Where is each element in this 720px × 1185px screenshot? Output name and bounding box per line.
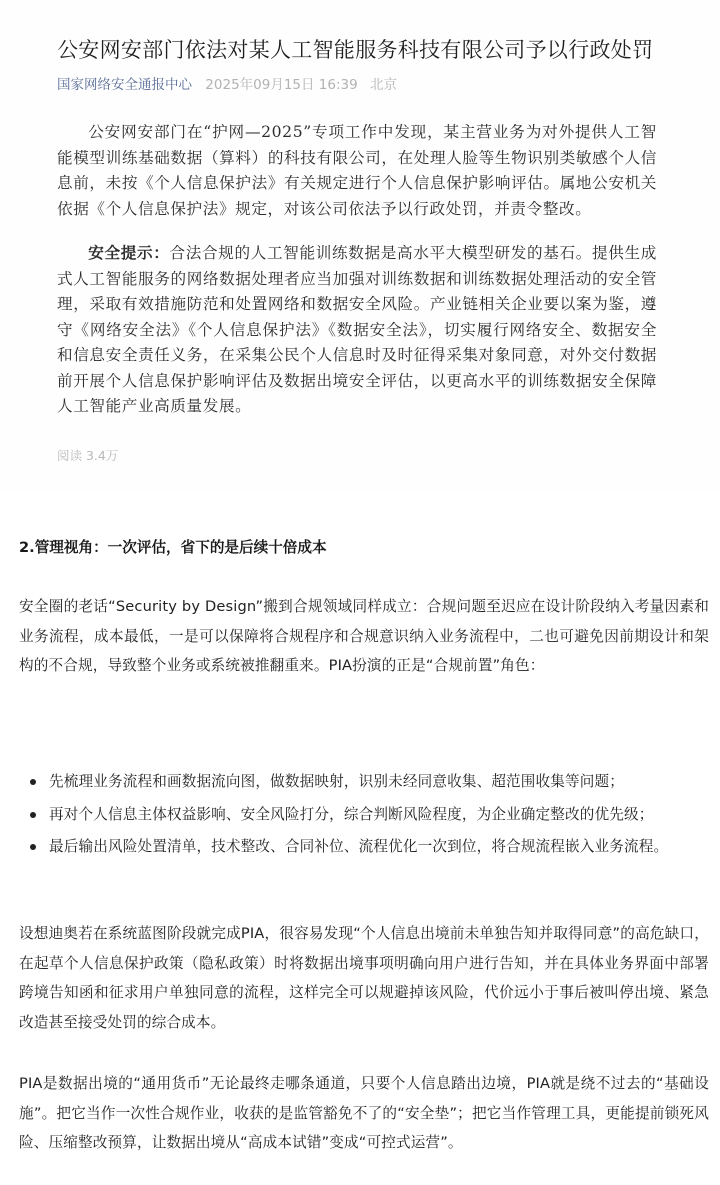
list-item: 最后输出风险处置清单，技术整改、合同补位、流程优化一次到位，将合规流程嵌入业务流… [19, 832, 709, 862]
bullet-icon [30, 812, 36, 818]
bullet-icon [30, 844, 36, 850]
news-title: 公安网安部门依法对某人工智能服务科技有限公司予以行政处罚 [57, 34, 653, 64]
news-date: 2025年09月15日 16:39 [205, 77, 357, 93]
bullet-icon [30, 779, 36, 785]
list-item-text: 最后输出风险处置清单，技术整改、合同补位、流程优化一次到位，将合规流程嵌入业务流… [49, 838, 668, 855]
read-count: 阅读 3.4万 [57, 446, 118, 464]
news-body: 公安网安部门在“护网—2025”专项工作中发现，某主营业务为对外提供人工智能模型… [57, 120, 657, 438]
security-tip-text: 合法合规的人工智能训练数据是高水平大模型研发的基石。提供生成式人工智能服务的网络… [57, 244, 657, 415]
list-item-text: 再对个人信息主体权益影响、安全风险打分，综合判断风险程度，为企业确定整改的优先级… [49, 806, 654, 823]
pia-steps-list: 先梳理业务流程和画数据流向图，做数据映射，识别未经同意收集、超范围收集等问题； … [19, 767, 709, 865]
paragraph-pia-currency: PIA是数据出境的“通用货币”无论最终走哪条通道，只要个人信息踏出边境，PIA就… [19, 1069, 709, 1158]
security-tip-label: 安全提示： [88, 243, 169, 262]
news-location: 北京 [370, 77, 397, 93]
security-tip-paragraph: 安全提示：合法合规的人工智能训练数据是高水平大模型研发的基石。提供生成式人工智能… [57, 240, 657, 420]
list-item: 再对个人信息主体权益影响、安全风险打分，综合判断风险程度，为企业确定整改的优先级… [19, 800, 709, 830]
list-item-text: 先梳理业务流程和画数据流向图，做数据映射，识别未经同意收集、超范围收集等问题； [49, 773, 624, 790]
news-meta: 国家网络安全通报中心 2025年09月15日 16:39 北京 [57, 73, 397, 93]
list-item: 先梳理业务流程和画数据流向图，做数据映射，识别未经同意收集、超范围收集等问题； [19, 767, 709, 797]
news-source-link[interactable]: 国家网络安全通报中心 [57, 77, 192, 93]
paragraph-dior-example: 设想迪奥若在系统蓝图阶段就完成PIA，很容易发现“个人信息出境前未单独告知并取得… [19, 919, 709, 1037]
section-heading: 2.管理视角：一次评估，省下的是后续十倍成本 [19, 536, 327, 557]
embedded-news-screenshot: 公安网安部门依法对某人工智能服务科技有限公司予以行政处罚 国家网络安全通报中心 … [0, 0, 720, 490]
news-paragraph: 公安网安部门在“护网—2025”专项工作中发现，某主营业务为对外提供人工智能模型… [57, 120, 657, 222]
paragraph-security-by-design: 安全圈的老话“Security by Design”搬到合规领域同样成立：合规问… [19, 592, 709, 681]
